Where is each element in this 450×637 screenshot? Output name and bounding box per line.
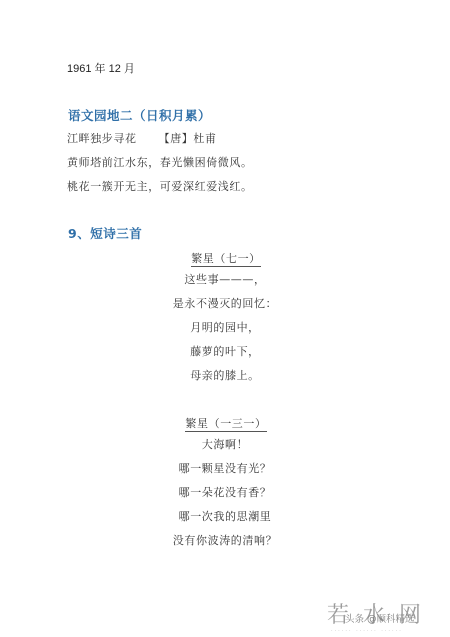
poem-line: 黄师塔前江水东，春光懒困倚微风。 xyxy=(67,154,253,170)
poem-line: 月明的园中， xyxy=(0,322,450,333)
section-heading-yuwen-yuandi: 语文园地二（日积月累） xyxy=(68,106,211,124)
poem-line: 哪一颗星没有光？ xyxy=(0,463,450,474)
poem-author: 【唐】杜甫 xyxy=(159,132,217,145)
poem-line: 哪一次我的思潮里 xyxy=(0,511,450,522)
poem-line: 哪一朵花没有香？ xyxy=(0,487,450,498)
watermark: 若水网 头条 @顺科精选 ······ ······ ······ xyxy=(325,598,445,634)
poem-title: 繁星（七一） xyxy=(2,250,450,274)
document-page: 1961 年 12 月 语文园地二（日积月累） 江畔独步寻花【唐】杜甫 黄师塔前… xyxy=(0,0,450,637)
section-heading-short-poems: 9、短诗三首 xyxy=(68,224,142,242)
date-line: 1961 年 12 月 xyxy=(67,60,135,76)
poem-line: 这些事———， xyxy=(0,274,450,285)
poem-line: 大海啊！ xyxy=(0,439,450,450)
poem-title-line: 江畔独步寻花【唐】杜甫 xyxy=(67,130,217,146)
poem-line: 没有你波涛的清响？ xyxy=(0,535,450,546)
poem-line: 是永不漫灭的回忆： xyxy=(0,298,450,309)
poem-fanxing-131: 繁星（一三一） 大海啊！ 哪一颗星没有光？ 哪一朵花没有香？ 哪一次我的思潮里 … xyxy=(0,415,450,559)
poem-line: 母亲的膝上。 xyxy=(0,370,450,381)
poem-title: 繁星（一三一） xyxy=(2,415,450,439)
watermark-source: 头条 @顺科精选 xyxy=(345,611,415,625)
watermark-dots: ······ ······ ······ xyxy=(331,628,403,634)
poem-line: 藤萝的叶下， xyxy=(0,346,450,357)
poem-title: 江畔独步寻花 xyxy=(67,132,137,145)
poem-line: 桃花一簇开无主，可爱深红爱浅红。 xyxy=(67,178,253,194)
poem-fanxing-71: 繁星（七一） 这些事———， 是永不漫灭的回忆： 月明的园中， 藤萝的叶下， 母… xyxy=(0,250,450,394)
